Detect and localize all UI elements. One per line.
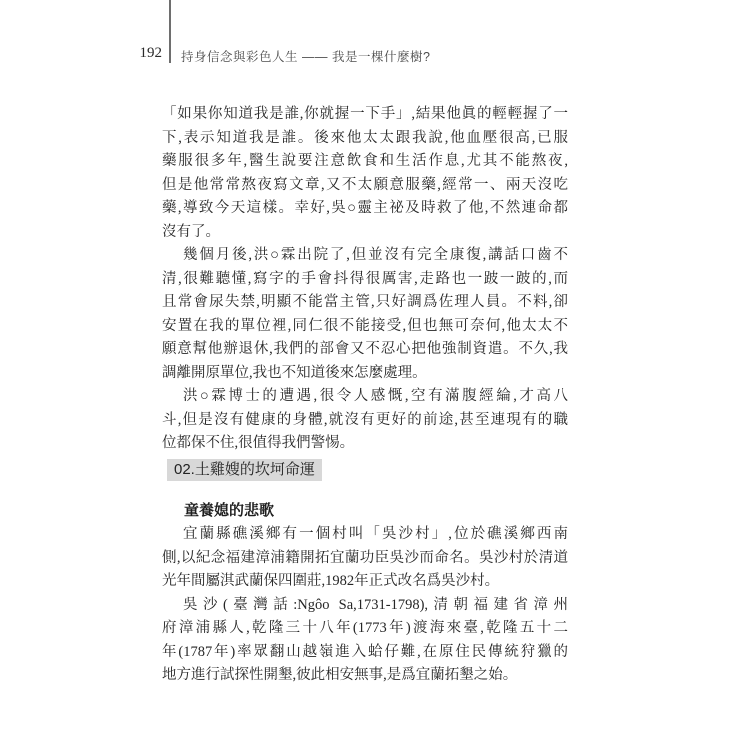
paragraph: 洪○霖博士的遭遇,很令人感慨,空有滿腹經綸,才高八斗,但是沒有健康的身體,就沒有…	[162, 385, 568, 456]
section-heading-row: 02.土雞嫂的坎坷命運	[162, 459, 568, 481]
paragraph: 吳沙(臺灣話:Ngôo Sa,1731-1798),清朝福建省漳州府漳浦縣人,乾…	[162, 594, 568, 688]
text-line: 清,很難聽懂,寫字的手會抖得很厲害,走路也一跛一跛的,而	[162, 268, 568, 292]
text-line: 側,以紀念福建漳浦籍開拓宜蘭功臣吳沙而命名。吳沙村於清道	[162, 547, 568, 571]
paragraph: 幾個月後,洪○霖出院了,但並沒有完全康復,講話口齒不清,很難聽懂,寫字的手會抖得…	[162, 244, 568, 385]
text-line: 「如果你知道我是誰,你就握一下手」,結果他眞的輕輕握了一	[162, 103, 568, 127]
text-line: 願意幫他辦退休,我們的部會又不忍心把他強制資遣。不久,我	[162, 338, 568, 362]
text-line: 沒有了。	[162, 221, 568, 245]
text-line: 斗,但是沒有健康的身體,就沒有更好的前途,甚至連現有的職	[162, 409, 568, 433]
text-line: 吳沙(臺灣話:Ngôo Sa,1731-1798),清朝福建省漳州	[162, 594, 568, 618]
text-line: 洪○霖博士的遭遇,很令人感慨,空有滿腹經綸,才高八	[162, 385, 568, 409]
text-line: 但是他常常熬夜寫文章,又不太願意服藥,經常一、兩天沒吃	[162, 174, 568, 198]
text-line: 光年間屬淇武蘭保四圍莊,1982年正式改名爲吳沙村。	[162, 570, 568, 594]
section-heading: 02.土雞嫂的坎坷命運	[167, 459, 322, 481]
text-line: 地方進行試探性開墾,彼此相安無事,是爲宜蘭拓墾之始。	[162, 664, 568, 688]
book-page: 192 持身信念與彩色人生 —— 我是一棵什麼樹? 「如果你知道我是誰,你就握一…	[0, 0, 750, 750]
running-title: 持身信念與彩色人生 —— 我是一棵什麼樹?	[181, 47, 430, 65]
subsection-heading: 童養媳的悲歌	[184, 500, 568, 524]
text-column: 「如果你知道我是誰,你就握一下手」,結果他眞的輕輕握了一下,表示知道我是誰。後來…	[162, 103, 568, 688]
text-line: 藥服很多年,醫生說要注意飲食和生活作息,尤其不能熬夜,	[162, 150, 568, 174]
text-line: 藥,導致今天這樣。幸好,吳○靈主祕及時救了他,不然連命都	[162, 197, 568, 221]
text-line: 宜蘭縣礁溪鄉有一個村叫「吳沙村」,位於礁溪鄉西南	[162, 523, 568, 547]
text-line: 下,表示知道我是誰。後來他太太跟我說,他血壓很高,已服	[162, 127, 568, 151]
paragraph: 「如果你知道我是誰,你就握一下手」,結果他眞的輕輕握了一下,表示知道我是誰。後來…	[162, 103, 568, 244]
text-line: 安置在我的單位裡,同仁很不能接受,但也無可奈何,他太太不	[162, 315, 568, 339]
paragraph: 宜蘭縣礁溪鄉有一個村叫「吳沙村」,位於礁溪鄉西南側,以紀念福建漳浦籍開拓宜蘭功臣…	[162, 523, 568, 594]
text-line: 幾個月後,洪○霖出院了,但並沒有完全康復,講話口齒不	[162, 244, 568, 268]
text-line: 且常會尿失禁,明顯不能當主管,只好調爲佐理人員。不料,卻	[162, 291, 568, 315]
header-vertical-rule	[169, 0, 171, 63]
text-line: 年(1787年)率眾翻山越嶺進入蛤仔難,在原住民傳統狩獵的	[162, 641, 568, 665]
text-line: 府漳浦縣人,乾隆三十八年(1773年)渡海來臺,乾隆五十二	[162, 617, 568, 641]
text-line: 位都保不住,很值得我們警惕。	[162, 432, 568, 456]
text-line: 調離開原單位,我也不知道後來怎麼處理。	[162, 362, 568, 386]
page-number: 192	[110, 45, 162, 62]
